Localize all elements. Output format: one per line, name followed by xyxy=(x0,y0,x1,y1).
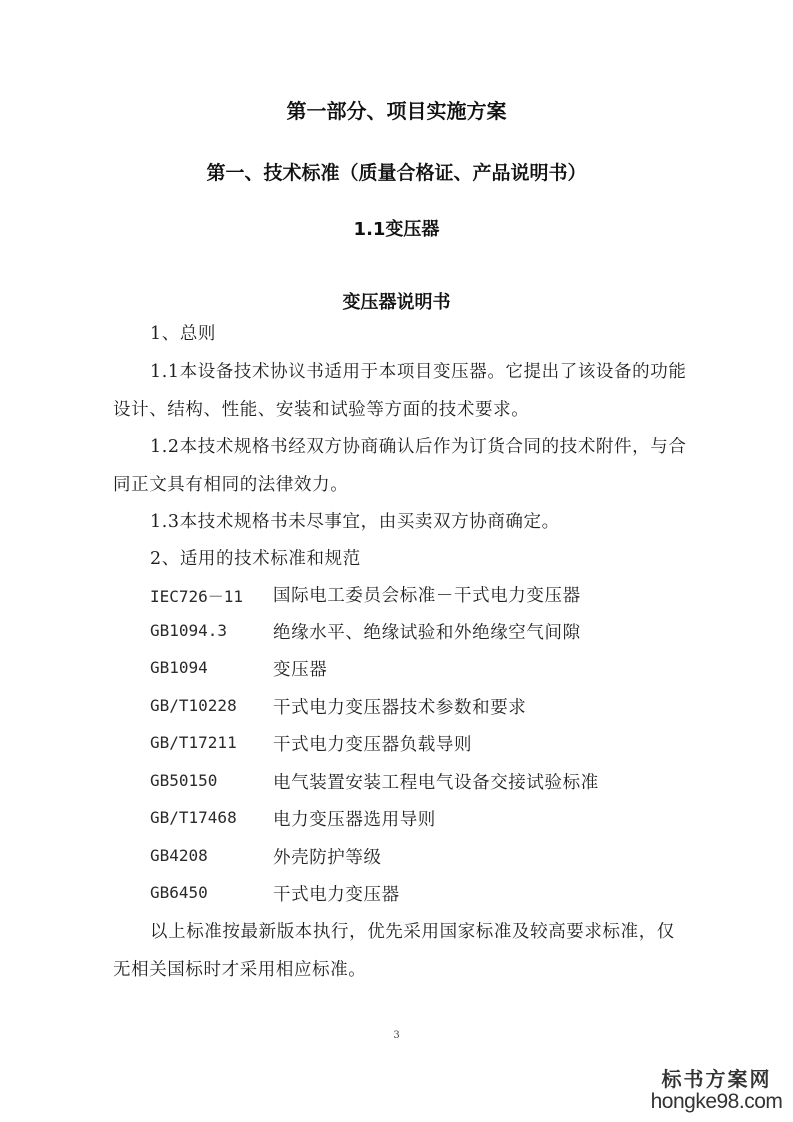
closing-line-1: 以上标准按最新版本执行，优先采用国家标准及较高要求标准，仅 xyxy=(150,918,675,943)
standard-code: GB/T10228 xyxy=(150,696,237,715)
standard-code: GB1094 xyxy=(150,658,208,677)
standard-description: 干式电力变压器技术参数和要求 xyxy=(273,694,526,719)
standard-description: 外壳防护等级 xyxy=(273,844,382,869)
standard-code: GB/T17211 xyxy=(150,733,237,752)
standard-description: 干式电力变压器负载导则 xyxy=(273,731,472,756)
paragraph-1-1-line-1: 1.1本设备技术协议书适用于本项目变压器。它提出了该设备的功能 xyxy=(150,358,686,383)
watermark: 标书方案网 hongke98.com xyxy=(640,1068,793,1114)
part-title: 第一部分、项目实施方案 xyxy=(0,95,793,124)
standard-description: 国际电工委员会标准－干式电力变压器 xyxy=(273,582,581,607)
document-title: 变压器说明书 xyxy=(0,288,793,314)
page-number: 3 xyxy=(0,1030,793,1041)
heading-general: 1、总则 xyxy=(150,320,216,345)
heading-standards: 2、适用的技术标准和规范 xyxy=(150,545,361,570)
subsection-title: 1.1变压器 xyxy=(0,215,793,241)
standard-description: 变压器 xyxy=(273,656,327,681)
standard-code: GB50150 xyxy=(150,771,217,790)
watermark-cn: 标书方案网 xyxy=(640,1068,793,1090)
paragraph-1-2-line-2: 同正文具有相同的法律效力。 xyxy=(113,471,348,496)
standard-code: GB6450 xyxy=(150,883,208,902)
standard-code: GB1094.3 xyxy=(150,621,227,640)
paragraph-1-1-line-2: 设计、结构、性能、安装和试验等方面的技术要求。 xyxy=(113,396,529,421)
watermark-url: hongke98.com xyxy=(640,1090,793,1114)
standard-code: IEC726－11 xyxy=(150,584,243,607)
paragraph-1-3: 1.3本技术规格书未尽事宜，由买卖双方协商确定。 xyxy=(150,508,560,533)
standard-description: 干式电力变压器 xyxy=(273,881,400,906)
standard-code: GB4208 xyxy=(150,846,208,865)
standard-description: 绝缘水平、绝缘试验和外绝缘空气间隙 xyxy=(273,619,581,644)
standard-code: GB/T17468 xyxy=(150,808,237,827)
standard-description: 电力变压器选用导则 xyxy=(273,806,436,831)
section-title: 第一、技术标准（质量合格证、产品说明书） xyxy=(0,158,793,185)
standard-description: 电气装置安装工程电气设备交接试验标准 xyxy=(273,769,599,794)
document-page: 第一部分、项目实施方案 第一、技术标准（质量合格证、产品说明书） 1.1变压器 … xyxy=(0,0,793,1122)
closing-line-2: 无相关国标时才采用相应标准。 xyxy=(113,956,366,981)
paragraph-1-2-line-1: 1.2本技术规格书经双方协商确认后作为订货合同的技术附件，与合 xyxy=(150,433,686,458)
